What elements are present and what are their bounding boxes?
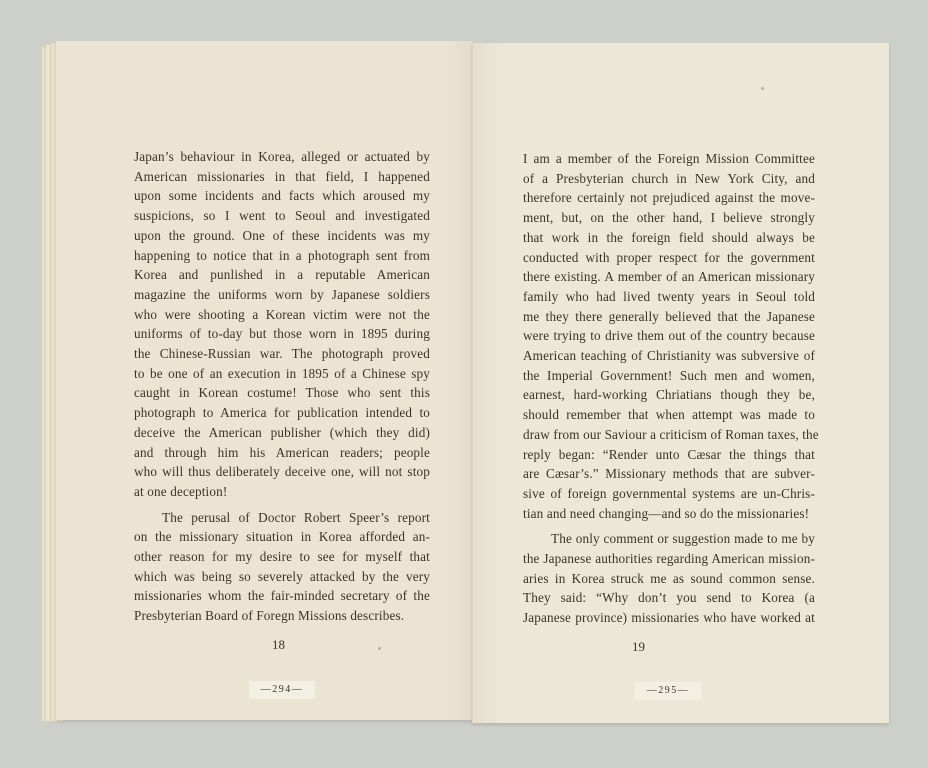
text-line: that work in the foreign field should al… [523,228,815,248]
text-line: uniforms of to-day but those worn in 189… [134,324,430,344]
gutter-shadow [473,43,501,723]
text-line: ment, but, on the other hand, I believe … [523,208,815,228]
text-line: on the missionary situation in Korea aff… [134,527,430,547]
text-line: earnest, hard-working Chriatians though … [523,385,815,405]
text-line: are Cæsar’s.” Missionary methods that ar… [523,464,815,484]
paragraph-1: I am a member of the Foreign Mission Com… [523,149,815,523]
text-line: Presbyterian Board of Foregn Missions de… [134,606,430,626]
text-line: who were shooting a Korean victim were n… [134,305,430,325]
paper-speck [378,647,381,650]
page-number: 19 [632,639,645,655]
paragraph-2: The perusal of Doctor Robert Speer’s rep… [134,508,430,626]
paragraph-1: Japan’s behaviour in Korea, alleged or a… [134,147,430,502]
text-line: Japan’s behaviour in Korea, alleged or a… [134,147,430,167]
text-line: tian and need changing—and so do the mis… [523,504,815,524]
text-line: at one deception! [134,482,430,502]
text-line: photograph to America for publication in… [134,403,430,423]
text-line: to be one of an execution in 1895 of a C… [134,364,430,384]
text-line: upon the ground. One of these incidents … [134,226,430,246]
text-line: therefore certainly not prejudiced again… [523,188,815,208]
text-line: I am a member of the Foreign Mission Com… [523,149,815,169]
page-number: 18 [272,637,285,653]
text-line: which was being so severely attacked by … [134,567,430,587]
text-line: and through him his American readers; pe… [134,443,430,463]
text-line: should remember that when attempt was ma… [523,405,815,425]
text-line: happening to notice that in a photograph… [134,246,430,266]
text-line: suspicions, so I went to Seoul and inves… [134,206,430,226]
text-line: American teaching of Christianity was su… [523,346,815,366]
text-line: caught in Korean costume! Those who sent… [134,383,430,403]
text-line: The perusal of Doctor Robert Speer’s rep… [134,508,430,528]
text-line: were trying to drive them out of the cou… [523,326,815,346]
right-page-body-text: I am a member of the Foreign Mission Com… [523,149,815,628]
text-line: aries in Korea struck me as sound common… [523,569,815,589]
text-line: upon some incidents and facts which arou… [134,186,430,206]
paper-speck [761,87,764,90]
text-line: the Chinese-Russian war. The photograph … [134,344,430,364]
text-line: The only comment or suggestion made to m… [523,529,815,549]
text-line: who will thus deliberately deceive one, … [134,462,430,482]
text-line: the Japanese authorities regarding Ameri… [523,549,815,569]
text-line: there existing. A member of an American … [523,267,815,287]
text-line: magazine the uniforms worn by Japanese s… [134,285,430,305]
left-page-body-text: Japan’s behaviour in Korea, alleged or a… [134,147,430,626]
text-line: Korea and punlished in a reputable Ameri… [134,265,430,285]
text-line: family who had lived twenty years in Seo… [523,287,815,307]
archive-page-label: —294— [249,681,315,699]
text-line: reply began: “Render unto Cæsar the thin… [523,445,815,465]
text-line: draw from our Saviour a criticism of Rom… [523,425,815,445]
text-line: me they there generally believed that th… [523,307,815,327]
text-line: of a Presbyterian church in New York Cit… [523,169,815,189]
text-line: sive of foreign governmental systems are… [523,484,815,504]
text-line: deceive the American publisher (which th… [134,423,430,443]
text-line: missionaries whom the fair-minded secret… [134,586,430,606]
text-line: They said: “Why don’t you send to Korea … [523,588,815,608]
text-line: the Imperial Government! Such men and wo… [523,366,815,386]
left-page: Japan’s behaviour in Korea, alleged or a… [56,41,472,720]
archive-page-label: —295— [635,682,701,700]
paragraph-2: The only comment or suggestion made to m… [523,529,815,628]
text-line: conducted with proper respect for the go… [523,248,815,268]
text-line: other reason for my desire to see for my… [134,547,430,567]
text-line: Japanese province) missionaries who have… [523,608,815,628]
right-page: I am a member of the Foreign Mission Com… [472,43,889,723]
gutter-shadow [444,41,472,720]
text-line: American missionaries in that field, I h… [134,167,430,187]
